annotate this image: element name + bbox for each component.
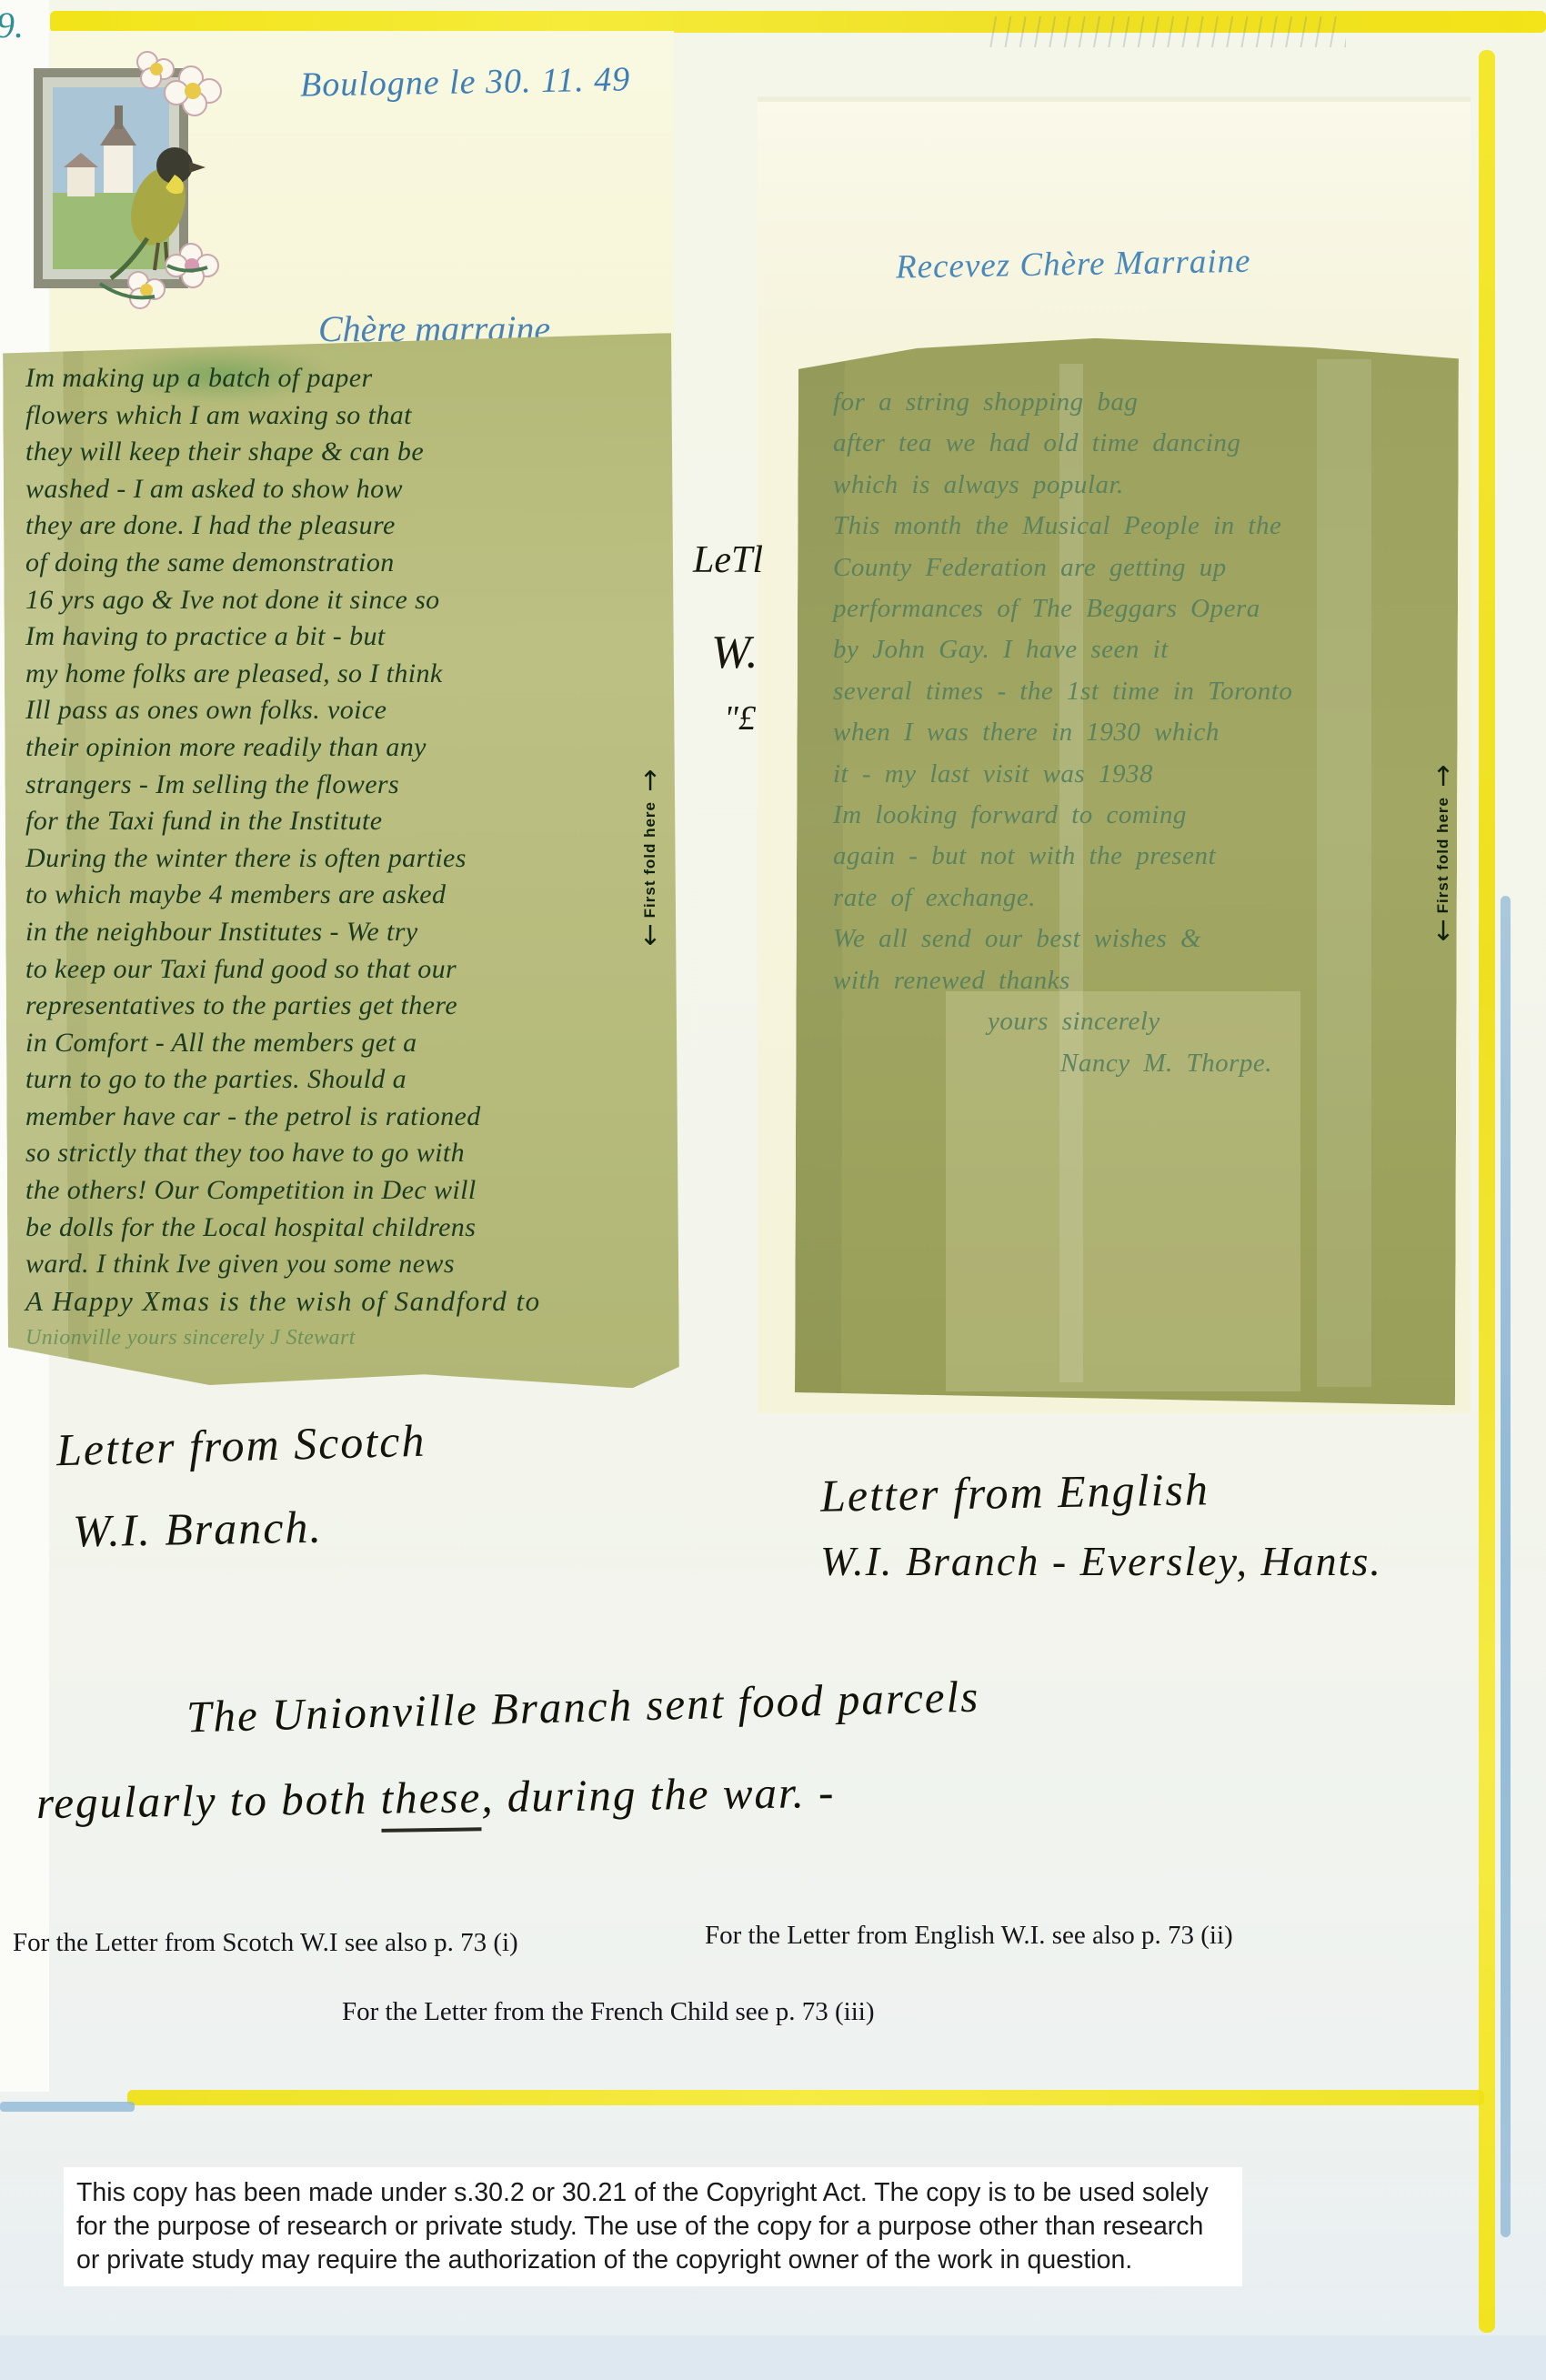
letter-line: my home folks are pleased, so I think bbox=[25, 656, 662, 693]
letter-line: A Happy Xmas is the wish of Sandford to bbox=[25, 1283, 662, 1321]
letter-line: which is always popular. bbox=[833, 465, 1433, 506]
caption-scotch-line1: Letter from Scotch bbox=[55, 1414, 427, 1477]
letter-line: flowers which I am waxing so that bbox=[25, 397, 662, 435]
letter-line: their opinion more readily than any bbox=[25, 729, 662, 767]
letter-line: when I was there in 1930 which bbox=[833, 712, 1433, 753]
caption-english-line2: W.I. Branch - Eversley, Hants. bbox=[820, 1537, 1382, 1585]
letter-line: so strictly that they too have to go wit… bbox=[25, 1135, 662, 1172]
letter-line: Im making up a batch of paper bbox=[25, 360, 662, 397]
letter-line: in the neighbour Institutes - We try bbox=[25, 914, 662, 951]
letter-line: the others! Our Competition in Dec will bbox=[25, 1172, 662, 1210]
note-line2-pre: regularly to both bbox=[36, 1773, 381, 1828]
fold-arrow-up-icon: ↑ bbox=[638, 768, 661, 796]
letter-line: it - my last visit was 1938 bbox=[833, 754, 1433, 795]
note-line2-post: , during the war. - bbox=[481, 1767, 836, 1822]
letter-line: Ill pass as ones own folks. voice bbox=[25, 692, 662, 729]
letter-line: to keep our Taxi fund good so that our bbox=[25, 951, 662, 989]
yellow-crayon-border-bottom bbox=[127, 2090, 1484, 2105]
letter-line: for a string shopping bag bbox=[833, 382, 1433, 423]
reference-scotch: For the Letter from Scotch W.I see also … bbox=[13, 1928, 518, 1958]
letter-line: for the Taxi fund in the Institute bbox=[25, 803, 662, 840]
page-corner-mark: 9. bbox=[0, 4, 24, 46]
reference-french: For the Letter from the French Child see… bbox=[342, 1997, 875, 2027]
fold-marker-right: ↑ First fold here ↓ bbox=[1430, 764, 1457, 946]
letter-line: yours sincerely bbox=[988, 1001, 1433, 1042]
letter-line: with renewed thanks bbox=[833, 960, 1433, 1001]
note-line2: regularly to both these, during the war.… bbox=[36, 1766, 836, 1829]
hidden-caption-fragment-middle: W. bbox=[711, 626, 758, 679]
hidden-caption-fragment-top: LeTl bbox=[693, 538, 763, 582]
letter-line: be dolls for the Local hospital children… bbox=[25, 1210, 662, 1247]
note-underlined-word: these bbox=[380, 1772, 482, 1833]
letter-line: County Federation are getting up bbox=[833, 547, 1433, 588]
letter-line: washed - I am asked to show how bbox=[25, 471, 662, 508]
caption-english-line1: Letter from English bbox=[820, 1462, 1210, 1521]
bird-window-illustration bbox=[13, 47, 240, 316]
letter-line: several times - the 1st time in Toronto bbox=[833, 671, 1433, 712]
letter-line: Unionville yours sincerely J Stewart bbox=[25, 1320, 662, 1357]
letter-line: they will keep their shape & can be bbox=[25, 434, 662, 471]
letter-line: strangers - Im selling the flowers bbox=[25, 767, 662, 804]
letter-line: We all send our best wishes & bbox=[833, 919, 1433, 959]
fold-marker-label: First fold here bbox=[641, 796, 659, 923]
letter-line: During the winter there is often parties bbox=[25, 840, 662, 878]
note-line1: The Unionville Branch sent food parcels bbox=[186, 1671, 980, 1743]
fold-arrow-up-icon: ↑ bbox=[1431, 764, 1454, 791]
letter-line: 16 yrs ago & Ive not done it since so bbox=[25, 582, 662, 619]
letter-line: turn to go to the parties. Should a bbox=[25, 1061, 662, 1099]
blue-crayon-border-bottom-left bbox=[0, 2102, 135, 2112]
copyright-notice: This copy has been made under s.30.2 or … bbox=[64, 2167, 1242, 2286]
letterhead-date: Boulogne le 30. 11. 49 bbox=[300, 58, 683, 105]
fold-arrow-down-icon: ↓ bbox=[1431, 919, 1454, 946]
scrapbook-page: 9. Boulogne le 30. 11. 49 Chère marraine bbox=[0, 0, 1546, 2380]
letter-line: Nancy M. Thorpe. bbox=[1060, 1043, 1433, 1084]
pencil-scribbles bbox=[982, 16, 1346, 47]
fold-arrow-down-icon: ↓ bbox=[638, 923, 661, 950]
letter-line: member have car - the petrol is rationed bbox=[25, 1099, 662, 1136]
letter-line: ward. I think Ive given you some news bbox=[25, 1246, 662, 1283]
caption-scotch-line2: W.I. Branch. bbox=[73, 1501, 324, 1558]
french-closing-line1: Recevez Chère Marraine bbox=[896, 239, 1370, 286]
hidden-caption-fragment-bottom: "£ bbox=[724, 698, 756, 738]
letter-line: in Comfort - All the members get a bbox=[25, 1025, 662, 1062]
letter-line: Im having to practice a bit - but bbox=[25, 618, 662, 656]
letter-line: of doing the same demonstration bbox=[25, 545, 662, 582]
letter-line: after tea we had old time dancing bbox=[833, 423, 1433, 464]
letter-line: again - but not with the present bbox=[833, 836, 1433, 877]
letter-line: to which maybe 4 members are asked bbox=[25, 877, 662, 914]
fold-marker-left: ↑ First fold here ↓ bbox=[637, 768, 664, 950]
blue-crayon-border-right bbox=[1501, 896, 1511, 2237]
letter-line: performances of The Beggars Opera bbox=[833, 588, 1433, 629]
yellow-crayon-border-right bbox=[1479, 50, 1495, 2333]
scotch-letter-text: Im making up a batch of paperflowers whi… bbox=[25, 360, 662, 1357]
letter-line: This month the Musical People in the bbox=[833, 506, 1433, 547]
letter-line: Im looking forward to coming bbox=[833, 795, 1433, 836]
reference-english: For the Letter from English W.I. see als… bbox=[705, 1921, 1233, 1951]
letter-line: representatives to the parties get there bbox=[25, 988, 662, 1025]
english-letter-text: for a string shopping bagafter tea we ha… bbox=[833, 382, 1433, 1084]
letter-line: they are done. I had the pleasure bbox=[25, 507, 662, 545]
fold-marker-label: First fold here bbox=[1434, 791, 1452, 919]
letter-line: rate of exchange. bbox=[833, 878, 1433, 919]
bottom-blue-strip bbox=[0, 2335, 1546, 2380]
letter-line: by John Gay. I have seen it bbox=[833, 629, 1433, 670]
